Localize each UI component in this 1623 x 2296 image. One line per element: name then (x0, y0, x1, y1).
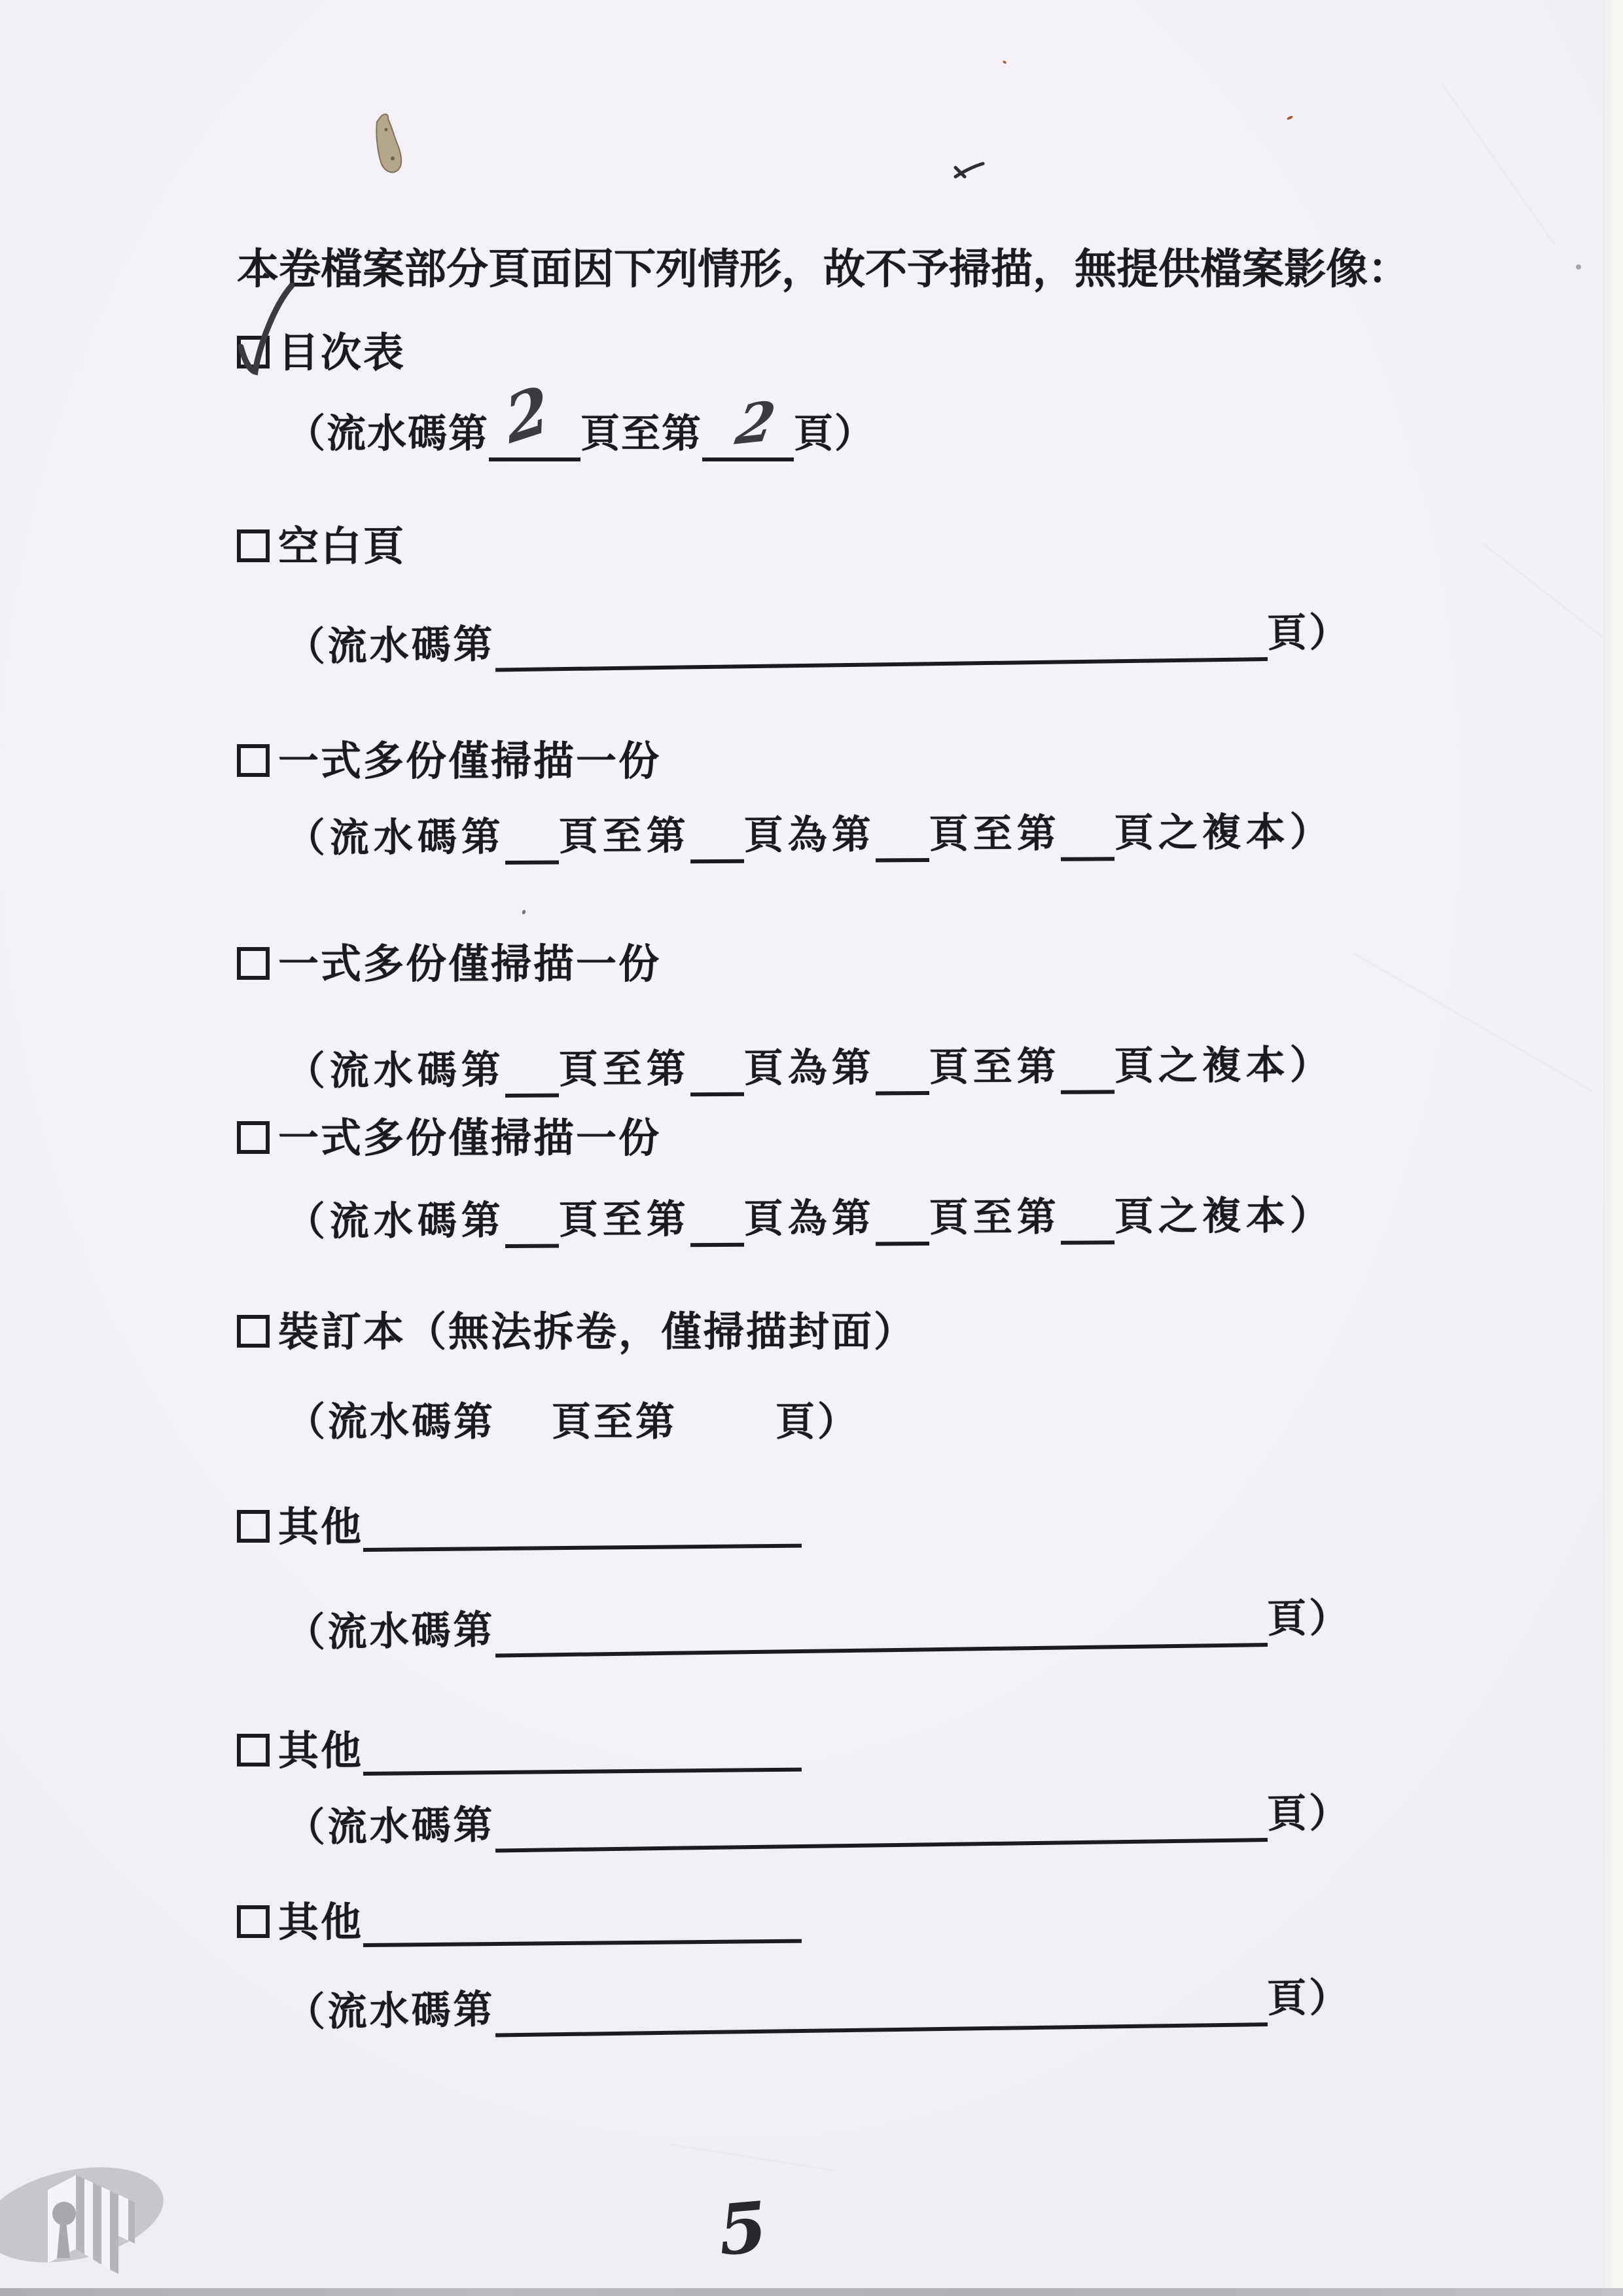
copy-close-text: 頁之複本） (1115, 812, 1334, 854)
paper-speck (1287, 115, 1294, 120)
serial-open-text: （流水碼第 (286, 1402, 495, 1443)
item-row-other-3: 其他 (237, 1901, 802, 1943)
serial-copy-line-1: （流水碼第 頁至第 頁為第 頁至第 頁之複本） (286, 812, 1334, 859)
serial-line-blank-page: （流水碼第 頁） (285, 612, 1351, 668)
to-page-text: 頁至第 (580, 414, 702, 455)
close-page-text: 頁） (1267, 1977, 1351, 2020)
item-label-duplicate-2: 一式多份僅掃描一份 (278, 942, 661, 985)
to-page-text: 頁至第 (559, 1049, 690, 1090)
blank-field (690, 1210, 744, 1247)
to-page-text: 頁至第 (929, 1197, 1061, 1239)
copy-close-text: 頁之複本） (1115, 1045, 1334, 1087)
blank-field (1061, 1208, 1115, 1244)
checkbox-other-2 (237, 1734, 270, 1767)
other-description-field (363, 1735, 802, 1776)
blank-pages-field (495, 624, 1268, 672)
blank-pages-field (495, 1610, 1268, 1657)
serial-line-other-2: （流水碼第 頁） (285, 1793, 1351, 1849)
serial-open-text: （流水碼第 (286, 414, 489, 455)
blank-pages-field (495, 1805, 1268, 1852)
serial-open-text: （流水碼第 (285, 1805, 495, 1849)
checkbox-bound-volume (237, 1315, 270, 1348)
item-label-duplicate-3: 一式多份僅掃描一份 (278, 1117, 661, 1159)
serial-open-text: （流水碼第 (286, 1050, 505, 1092)
blank-field (505, 1211, 559, 1247)
handwritten-checkmark-icon (232, 279, 300, 376)
blank-field (1061, 1057, 1115, 1094)
item-label-blank-page: 空白頁 (278, 525, 406, 567)
item-row-duplicate-2: 一式多份僅掃描一份 (237, 942, 661, 985)
paper-stain (370, 110, 412, 179)
as-page-text: 頁為第 (744, 1047, 876, 1089)
blank-field (505, 827, 559, 864)
blank-field (690, 1060, 744, 1096)
paper-speck (1002, 60, 1007, 64)
close-page-text: 頁） (776, 1402, 859, 1443)
scan-scratch (1482, 543, 1623, 677)
serial-range-line-toc: （流水碼第 頁至第 頁） (286, 414, 875, 455)
page-right-edge (1603, 0, 1623, 2296)
blank-field (876, 1058, 929, 1095)
handwritten-page-number: 5 (716, 2192, 770, 2265)
serial-open-text: （流水碼第 (285, 1990, 495, 2034)
close-page-text: 頁） (1267, 1793, 1351, 1835)
serial-range-line-bound: （流水碼第 頁至第 頁） (286, 1402, 859, 1443)
scan-bottom-edge (0, 2288, 1623, 2296)
scan-scratch (1353, 952, 1592, 1092)
blank-pages-field (495, 1990, 1268, 2037)
close-page-text: 頁） (794, 414, 875, 455)
pen-mark (953, 160, 987, 181)
item-row-other-2: 其他 (237, 1729, 802, 1772)
item-label-other-1: 其他 (278, 1505, 363, 1548)
item-row-bound-volume: 裝訂本（無法拆卷，僅掃描封面） (237, 1310, 916, 1353)
to-page-text: 頁至第 (559, 1199, 690, 1241)
close-page-text: 頁） (1267, 1598, 1351, 1640)
serial-copy-line-3: （流水碼第 頁至第 頁為第 頁至第 頁之複本） (286, 1195, 1334, 1243)
to-page-text: 頁至第 (552, 1402, 677, 1443)
blank-field (505, 1060, 559, 1097)
checkbox-blank-page (237, 529, 270, 562)
checkbox-duplicate-2 (237, 947, 270, 980)
other-description-field (363, 1907, 802, 1947)
serial-line-other-3: （流水碼第 頁） (285, 1977, 1351, 2034)
ink-speck (522, 909, 526, 914)
serial-open-text: （流水碼第 (285, 624, 495, 668)
scanned-archive-form-page: 本卷檔案部分頁面因下列情形，故不予掃描，無提供檔案影像： 目次表 （流水碼第 頁… (0, 0, 1623, 2296)
blank-field (690, 827, 744, 863)
checkbox-duplicate-3 (237, 1121, 270, 1154)
blank-field (876, 1209, 929, 1246)
copy-close-text: 頁之複本） (1115, 1195, 1334, 1238)
handwritten-from-page-value: 2 (502, 376, 552, 453)
serial-open-text: （流水碼第 (286, 817, 505, 859)
as-page-text: 頁為第 (744, 814, 876, 856)
item-row-duplicate-1: 一式多份僅掃描一份 (237, 740, 661, 782)
item-row-other-1: 其他 (237, 1505, 802, 1548)
item-label-other-2: 其他 (278, 1729, 363, 1772)
close-page-text: 頁） (1267, 612, 1351, 655)
serial-line-other-1: （流水碼第 頁） (285, 1598, 1351, 1654)
as-page-text: 頁為第 (744, 1198, 876, 1240)
checkbox-other-3 (237, 1905, 270, 1938)
checkbox-other-1 (237, 1510, 270, 1543)
serial-open-text: （流水碼第 (286, 1200, 505, 1243)
item-label-other-3: 其他 (278, 1901, 363, 1943)
to-page-text: 頁至第 (929, 1047, 1061, 1088)
other-description-field (363, 1511, 802, 1552)
form-title: 本卷檔案部分頁面因下列情形，故不予掃描，無提供檔案影像： (237, 236, 1410, 296)
paper-speck (1576, 264, 1581, 270)
serial-copy-line-2: （流水碼第 頁至第 頁為第 頁至第 頁之複本） (286, 1045, 1334, 1092)
to-page-text: 頁至第 (929, 814, 1061, 855)
blank-field (876, 825, 929, 862)
item-label-bound-volume: 裝訂本（無法拆卷，僅掃描封面） (278, 1310, 916, 1353)
item-row-blank-page: 空白頁 (237, 525, 406, 567)
serial-open-text: （流水碼第 (285, 1610, 495, 1654)
item-row-duplicate-3: 一式多份僅掃描一份 (237, 1117, 661, 1159)
item-label-duplicate-1: 一式多份僅掃描一份 (278, 740, 661, 782)
checkbox-duplicate-1 (237, 744, 270, 777)
archives-logo-watermark (0, 2138, 196, 2296)
scan-scratch (668, 2144, 836, 2172)
scan-scratch (1442, 84, 1556, 245)
to-page-text: 頁至第 (559, 816, 690, 857)
blank-field (1061, 824, 1115, 861)
